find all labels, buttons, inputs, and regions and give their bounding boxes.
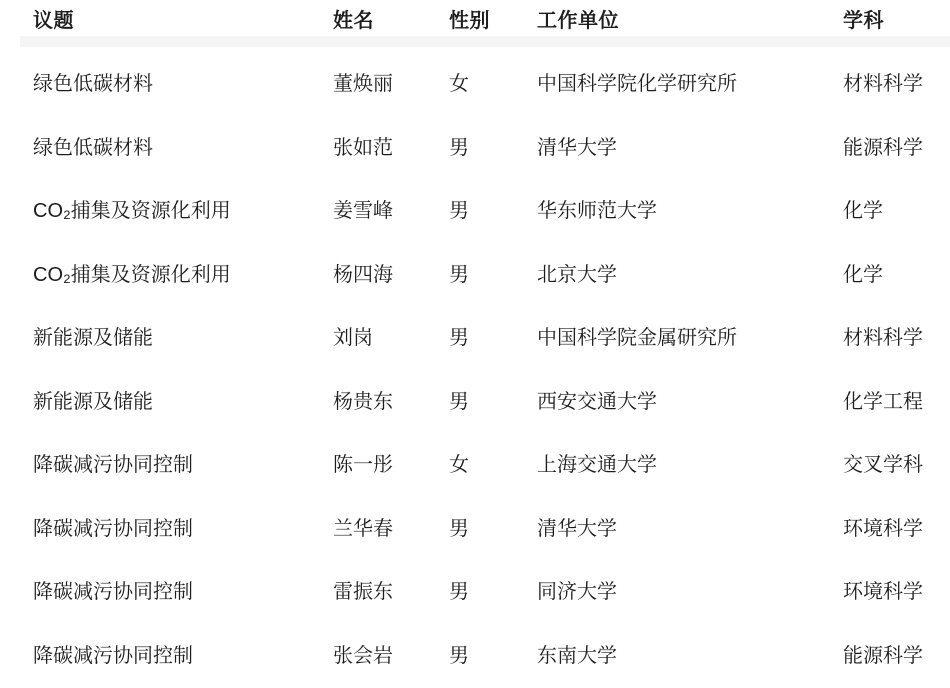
cell-topic: CO₂捕集及资源化利用: [33, 258, 333, 287]
cell-discipline: 环境科学: [843, 575, 950, 604]
cell-discipline: 化学: [843, 258, 950, 287]
cell-name: 杨贵东: [333, 385, 449, 414]
cell-topic: 绿色低碳材料: [33, 67, 333, 96]
cell-topic: 降碳减污协同控制: [33, 639, 333, 668]
cell-name: 姜雪峰: [333, 194, 449, 223]
table-body: 绿色低碳材料董焕丽女中国科学院化学研究所材料科学绿色低碳材料张如范男清华大学能源…: [0, 47, 950, 685]
table-header-row: 议题 姓名 性别 工作单位 学科: [0, 0, 950, 36]
cell-gender: 男: [449, 575, 537, 604]
cell-topic: 降碳减污协同控制: [33, 575, 333, 604]
cell-topic: 绿色低碳材料: [33, 131, 333, 160]
cell-gender: 女: [449, 67, 537, 96]
cell-discipline: 化学工程: [843, 385, 950, 414]
cell-gender: 男: [449, 512, 537, 541]
cell-work-unit: 中国科学院金属研究所: [537, 321, 843, 350]
cell-work-unit: 华东师范大学: [537, 194, 843, 223]
cell-work-unit: 上海交通大学: [537, 448, 843, 477]
column-header-gender: 性别: [449, 4, 537, 33]
table-row: 新能源及储能刘岗男中国科学院金属研究所材料科学: [0, 304, 950, 368]
cell-topic: 新能源及储能: [33, 385, 333, 414]
cell-name: 张会岩: [333, 639, 449, 668]
cell-gender: 男: [449, 321, 537, 350]
header-divider: [20, 36, 950, 47]
cell-work-unit: 同济大学: [537, 575, 843, 604]
cell-work-unit: 西安交通大学: [537, 385, 843, 414]
cell-work-unit: 北京大学: [537, 258, 843, 287]
cell-work-unit: 中国科学院化学研究所: [537, 67, 843, 96]
column-header-discipline: 学科: [843, 4, 950, 33]
cell-gender: 男: [449, 385, 537, 414]
cell-work-unit: 清华大学: [537, 512, 843, 541]
cell-name: 兰华春: [333, 512, 449, 541]
cell-name: 雷振东: [333, 575, 449, 604]
cell-topic: 新能源及储能: [33, 321, 333, 350]
cell-gender: 男: [449, 194, 537, 223]
cell-gender: 女: [449, 448, 537, 477]
cell-name: 陈一彤: [333, 448, 449, 477]
cell-gender: 男: [449, 258, 537, 287]
cell-name: 张如范: [333, 131, 449, 160]
cell-discipline: 能源科学: [843, 639, 950, 668]
cell-topic: 降碳减污协同控制: [33, 448, 333, 477]
column-header-name: 姓名: [333, 4, 449, 33]
table-row: 降碳减污协同控制兰华春男清华大学环境科学: [0, 495, 950, 559]
table-row: 降碳减污协同控制雷振东男同济大学环境科学: [0, 558, 950, 622]
table-row: 绿色低碳材料张如范男清华大学能源科学: [0, 114, 950, 178]
cell-topic: 降碳减污协同控制: [33, 512, 333, 541]
cell-discipline: 化学: [843, 194, 950, 223]
cell-discipline: 环境科学: [843, 512, 950, 541]
table-row: CO₂捕集及资源化利用杨四海男北京大学化学: [0, 241, 950, 305]
cell-discipline: 交叉学科: [843, 448, 950, 477]
column-header-topic: 议题: [33, 4, 333, 33]
expert-roster-table: 议题 姓名 性别 工作单位 学科 绿色低碳材料董焕丽女中国科学院化学研究所材料科…: [0, 0, 950, 688]
table-row: 绿色低碳材料董焕丽女中国科学院化学研究所材料科学: [0, 50, 950, 114]
cell-topic: CO₂捕集及资源化利用: [33, 194, 333, 223]
cell-work-unit: 清华大学: [537, 131, 843, 160]
table-row: CO₂捕集及资源化利用姜雪峰男华东师范大学化学: [0, 177, 950, 241]
cell-discipline: 能源科学: [843, 131, 950, 160]
table-row: 新能源及储能杨贵东男西安交通大学化学工程: [0, 368, 950, 432]
column-header-work-unit: 工作单位: [537, 4, 843, 33]
cell-name: 杨四海: [333, 258, 449, 287]
cell-gender: 男: [449, 639, 537, 668]
cell-work-unit: 东南大学: [537, 639, 843, 668]
cell-discipline: 材料科学: [843, 67, 950, 96]
cell-name: 刘岗: [333, 321, 449, 350]
cell-discipline: 材料科学: [843, 321, 950, 350]
table-row: 降碳减污协同控制张会岩男东南大学能源科学: [0, 622, 950, 686]
table-row: 降碳减污协同控制陈一彤女上海交通大学交叉学科: [0, 431, 950, 495]
cell-name: 董焕丽: [333, 67, 449, 96]
cell-gender: 男: [449, 131, 537, 160]
